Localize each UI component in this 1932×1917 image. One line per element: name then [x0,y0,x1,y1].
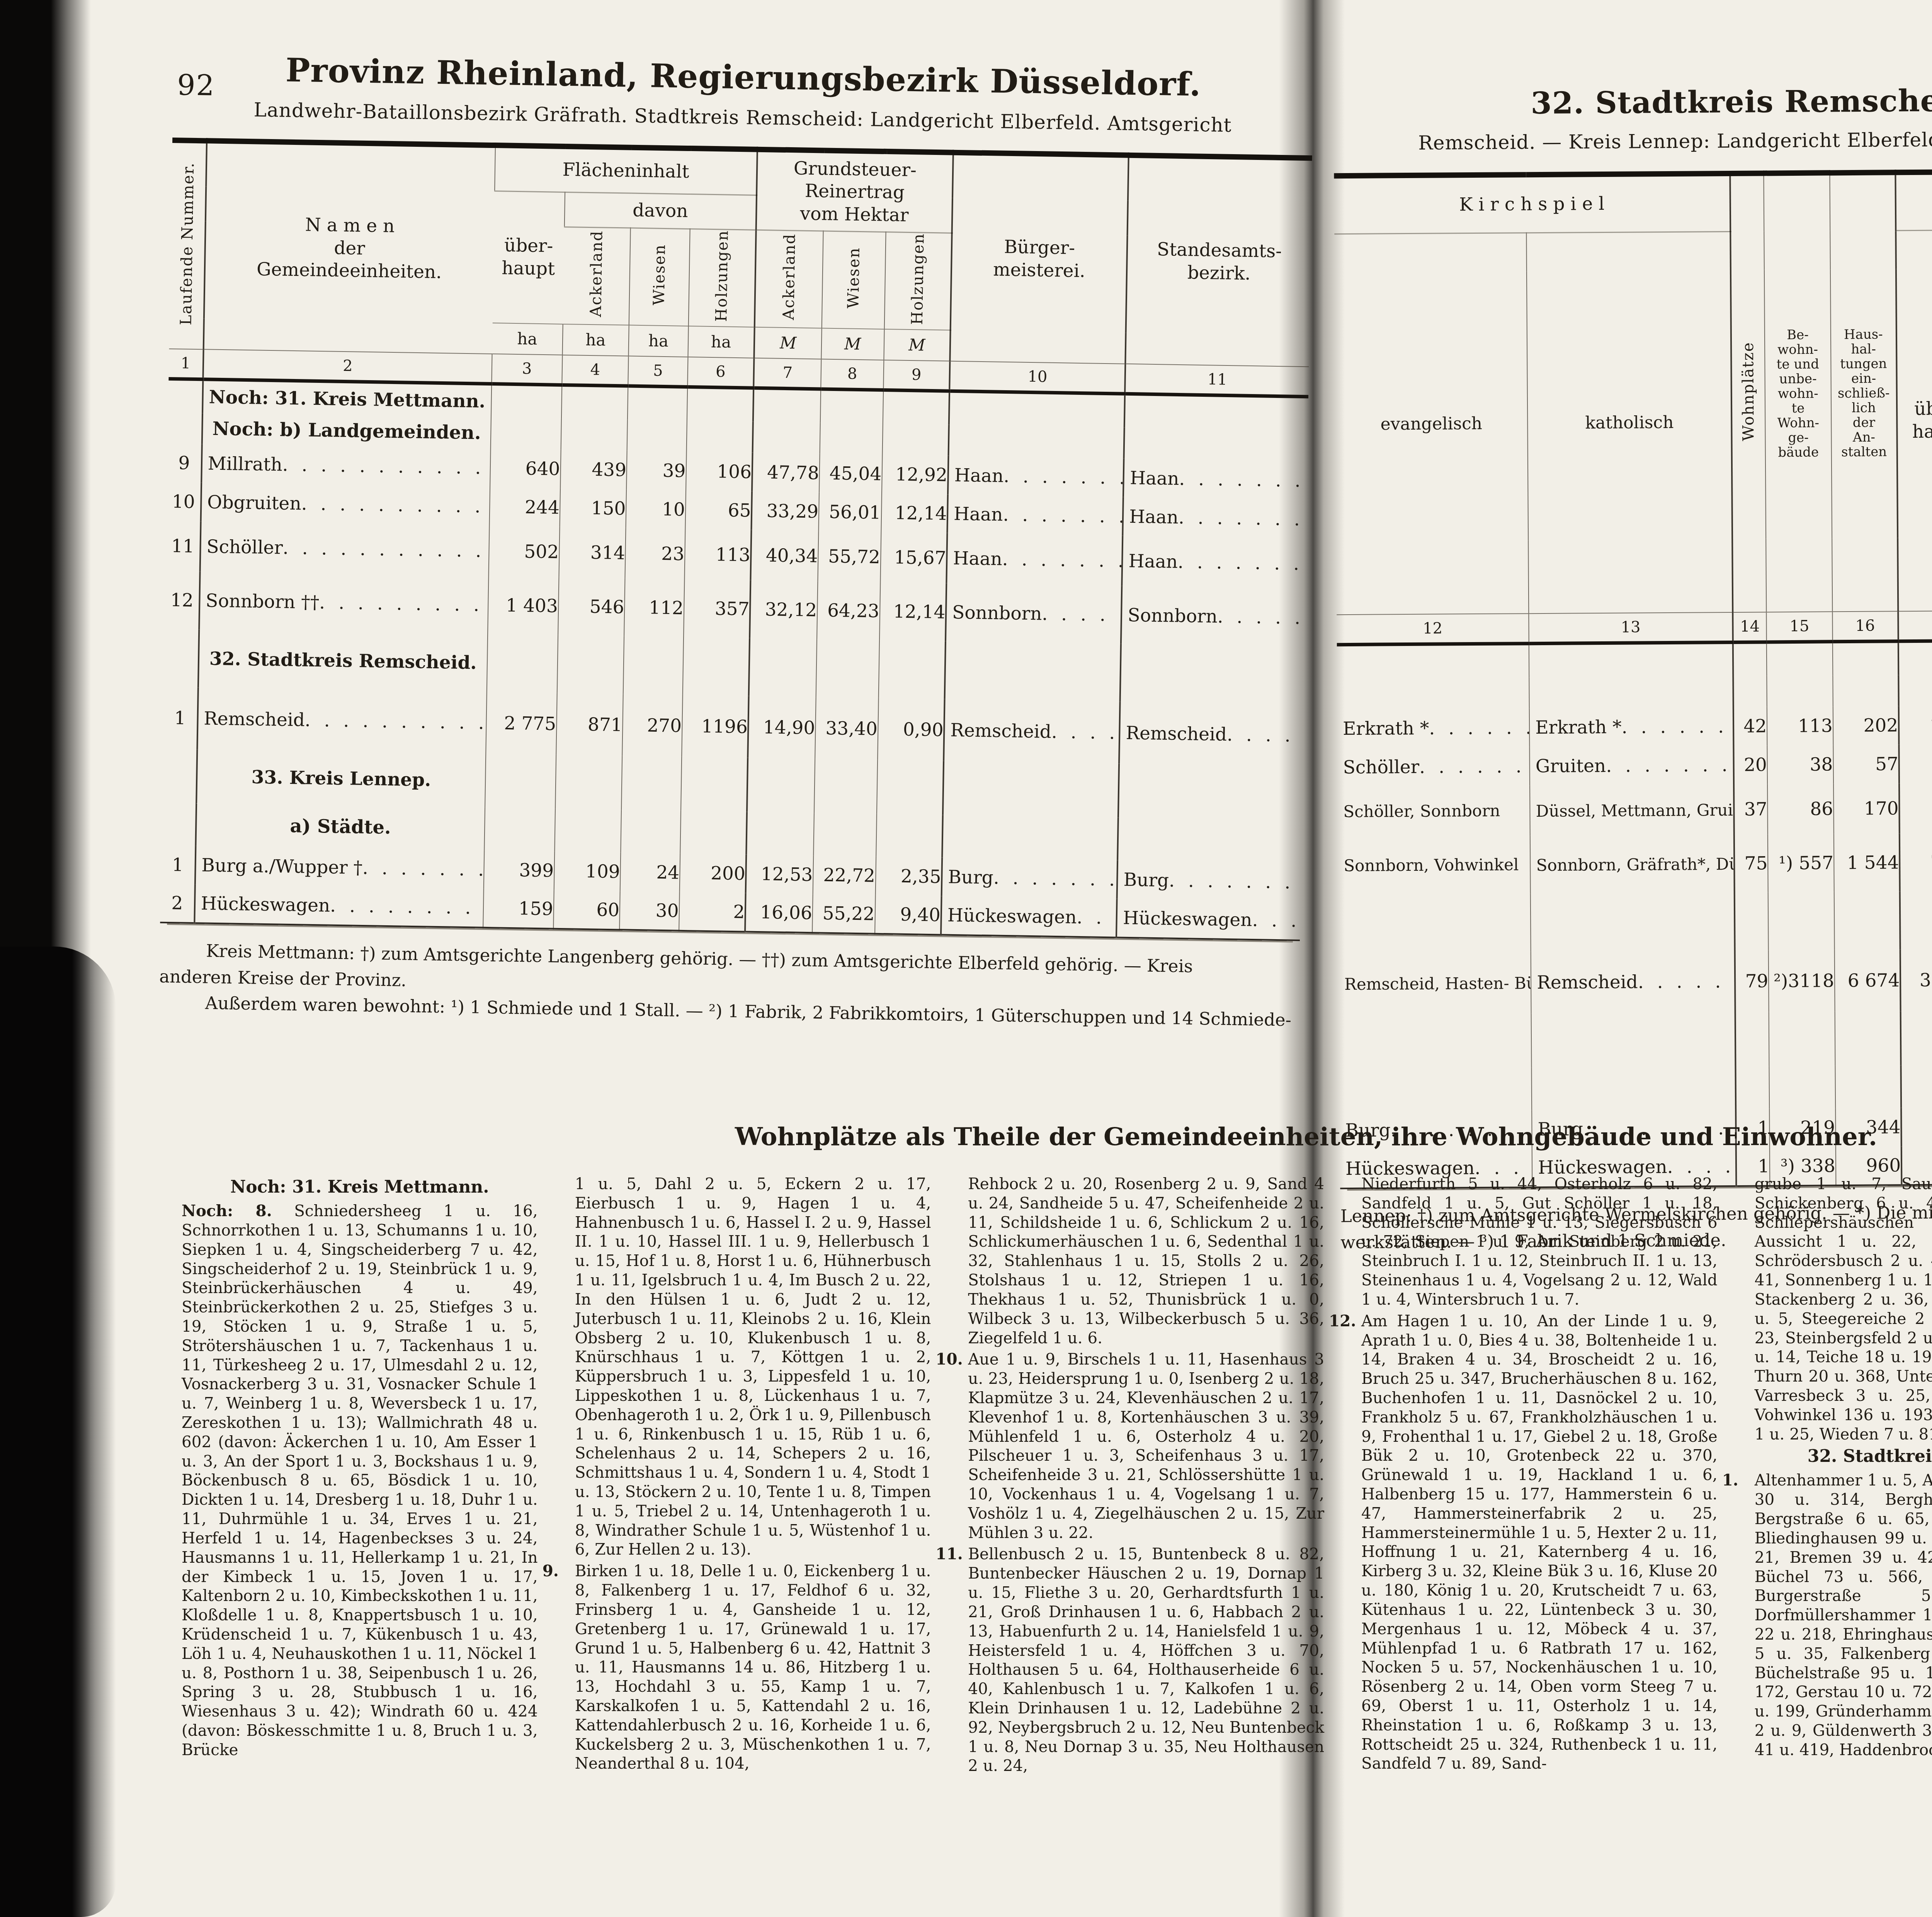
wohnplaetze-column-4: Niederfurth 5 u. 44, Osterholz 6 u. 82, … [1361,1174,1718,1778]
header-kirchspiel: K i r c h s p i e l [1334,173,1730,234]
page-title-left: Provinz Rheinland, Regierungsbezirk Düss… [173,49,1313,105]
header-wohngebaeude: Be- wohn- te und unbe- wohn- te Wohn- ge… [1764,173,1832,612]
cell-standesamt: Haan [1123,459,1307,500]
wohnplaetze-paragraph: 1.Altenhammer 1 u. 5, Aue 14 u. 84, Bais… [1755,1471,1932,1759]
header-namen: N a m e n der Gemeindeeinheiten. [203,141,495,354]
section-heading: a) Städte. [196,804,485,851]
left-statistics-table: Laufende Nummer. N a m e n der Gemeindee… [160,138,1312,941]
wohnplaetze-paragraph: 12.Am Hagen 1 u. 10, An der Linde 1 u. 9… [1361,1312,1718,1774]
header-wohnplaetze: Wohnplätze [1730,173,1766,612]
page-subtitle-left: Landwehr-Bataillonsbezirk Gräfrath. Stad… [173,97,1313,138]
section-heading: Noch: 31. Kreis Mettmann. [202,379,492,418]
table-row: Erkrath * Erkrath * 42 113 202 1 027 520… [1337,702,1932,748]
footnotes-left: Kreis Mettmann: †) zum Amtsgerichte Lang… [159,937,1300,1033]
header-bevoelkerung: Ortsanwesende Bevölkerung am 1. Dezember… [1896,169,1932,230]
header-standesamtsbezirk: Standesamts- bezirk. [1126,155,1312,367]
table-row: Schöller Gruiten 20 38 57 278 146 132 — … [1337,741,1932,787]
cell-kirchspiel-ev: Erkrath * [1337,709,1530,748]
header-ackerland-m: Ackerland [755,230,823,328]
page-subtitle-right: Remscheid. — Kreis Lennep: Landgericht E… [1334,125,1932,155]
header-ueberhaupt: über- haupt [493,191,565,324]
page-number-left: 92 [177,68,216,102]
page-left: 92 Provinz Rheinland, Regierungsbezirk D… [159,49,1314,1033]
wohnplaetze-column-1: Noch: 31. Kreis Mettmann. Noch: 8. Schni… [182,1174,538,1778]
wohnplaetze-paragraph: 9.Birken 1 u. 18, Delle 1 u. 0, Eickenbe… [575,1562,931,1773]
wohnplaetze-paragraph: grube 1 u. 7, Saurenhaus 11 u. 150, Schi… [1755,1174,1932,1444]
bottom-section-heading: Wohnplätze als Theile der Gemeindeeinhei… [580,1122,1932,1151]
wohnplaetze-paragraph: Rehbock 2 u. 20, Rosenberg 2 u. 9, Sand … [968,1174,1324,1348]
wohnplaetze-paragraph: 10.Aue 1 u. 9, Birschels 1 u. 11, Hasenh… [968,1350,1324,1542]
unit-ha: ha [688,326,755,358]
wohnplaetze-column-3: Rehbock 2 u. 20, Rosenberg 2 u. 9, Sand … [968,1174,1324,1778]
section-heading: 33. Kreis Lennep. [196,749,486,808]
unit-mark: M [884,329,951,361]
right-statistics-table: K i r c h s p i e l Wohnplätze Be- wohn-… [1334,166,1932,1190]
header-flaecheninhalt: Flächeninhalt [495,145,757,195]
header-ueberhaupt: über- haupt [1896,230,1932,611]
cell-kirchspiel-kath: Erkrath * [1529,707,1733,747]
cell-value: 439 [560,450,627,489]
spacer-row: a) [1340,1062,1932,1111]
item-marker: Noch: 8. [182,1202,272,1220]
header-buergermeisterei: Bürger- meisterei. [950,153,1129,364]
cell-value: 12,92 [882,455,949,495]
unit-ha: ha [629,325,689,357]
table-row: Schöller, Sonnborn Düssel, Mettmann, Gru… [1338,780,1932,837]
header-holzungen-m: Holzungen [884,232,952,330]
cell-value: 47,78 [752,453,820,493]
section-heading: 32. Stadtkreis Remscheid. [198,630,488,692]
wohnplaetze-paragraph: 1 u. 5, Dahl 2 u. 5, Eckern 2 u. 17, Eie… [575,1174,931,1559]
unit-mark: M [754,327,822,359]
item-marker: 12. [1329,1312,1356,1331]
table-row: Remscheid, Hasten- Büchel Remscheid 79 ²… [1339,946,1932,1015]
wohnplaetze-paragraph: Noch: 8. Schniedersheeg 1 u. 16, Schnorr… [182,1202,538,1760]
wohnplaetze-paragraph: 11.Bellenbusch 2 u. 15, Buntenbeck 8 u. … [968,1545,1324,1776]
cell-name: Millrath [201,444,491,488]
scan-edge-left-lower [0,947,116,1917]
header-davon: davon [564,192,757,230]
cell-buergermeisterei: Haan [948,456,1124,497]
cell-value: 106 [686,452,753,491]
header-katholisch: katholisch [1527,231,1733,614]
header-grundsteuer: Grundsteuer- Reinertrag vom Hektar [756,150,953,233]
page-right: 93 32. Stadtkreis Remscheid. 33. Kreis L… [1333,54,1932,1256]
cell-value: 45,04 [819,454,882,494]
header-wiesen-m: Wiesen [822,231,886,329]
page-title-right: 32. Stadtkreis Remscheid. 33. Kreis Lenn… [1333,80,1932,122]
cell-name: Obgruiten [201,483,490,526]
item-marker: 10. [935,1350,963,1369]
header-ackerland-ha: Ackerland [563,227,631,325]
column-heading: Noch: 31. Kreis Mettmann. [182,1177,538,1198]
wohnplaetze-columns: Noch: 31. Kreis Mettmann. Noch: 8. Schni… [182,1174,1932,1778]
cell-nr: 9 [167,444,202,483]
unit-mark: M [821,328,884,360]
header-holzungen-ha: Holzungen [688,229,756,327]
spacer-row [1339,1008,1932,1069]
column-section-heading: 32. Stadtkreis Remscheid. [1755,1446,1932,1467]
cell-nr: 10 [167,482,201,521]
header-wiesen-ha: Wiesen [629,228,690,326]
cell-value: 39 [626,451,686,490]
item-marker: 9. [543,1562,559,1581]
item-marker: 11. [935,1545,963,1564]
cell-value: 640 [490,449,561,488]
wohnplaetze-column-2: 1 u. 5, Dahl 2 u. 5, Eckern 2 u. 17, Eie… [575,1174,931,1778]
unit-ha: ha [492,323,563,355]
wohnplaetze-column-5: grube 1 u. 7, Saurenhaus 11 u. 150, Schi… [1755,1174,1932,1778]
item-marker: 1. [1722,1471,1738,1490]
header-haushaltungen: Haus- hal- tungen ein- schließ- lich der… [1830,172,1898,612]
table-row: Sonnborn, Vohwinkel Sonnborn, Gräfrath*,… [1338,830,1932,895]
header-evangelisch: evangelisch [1334,233,1529,615]
section-heading: Noch: b) Landgemeinden. [202,413,491,449]
header-laufende-nummer: Laufende Nummer. [169,140,207,349]
unit-ha: ha [562,324,629,356]
spacer-row [1338,888,1932,953]
wohnplaetze-paragraph: Niederfurth 5 u. 44, Osterholz 6 u. 82, … [1361,1174,1718,1309]
